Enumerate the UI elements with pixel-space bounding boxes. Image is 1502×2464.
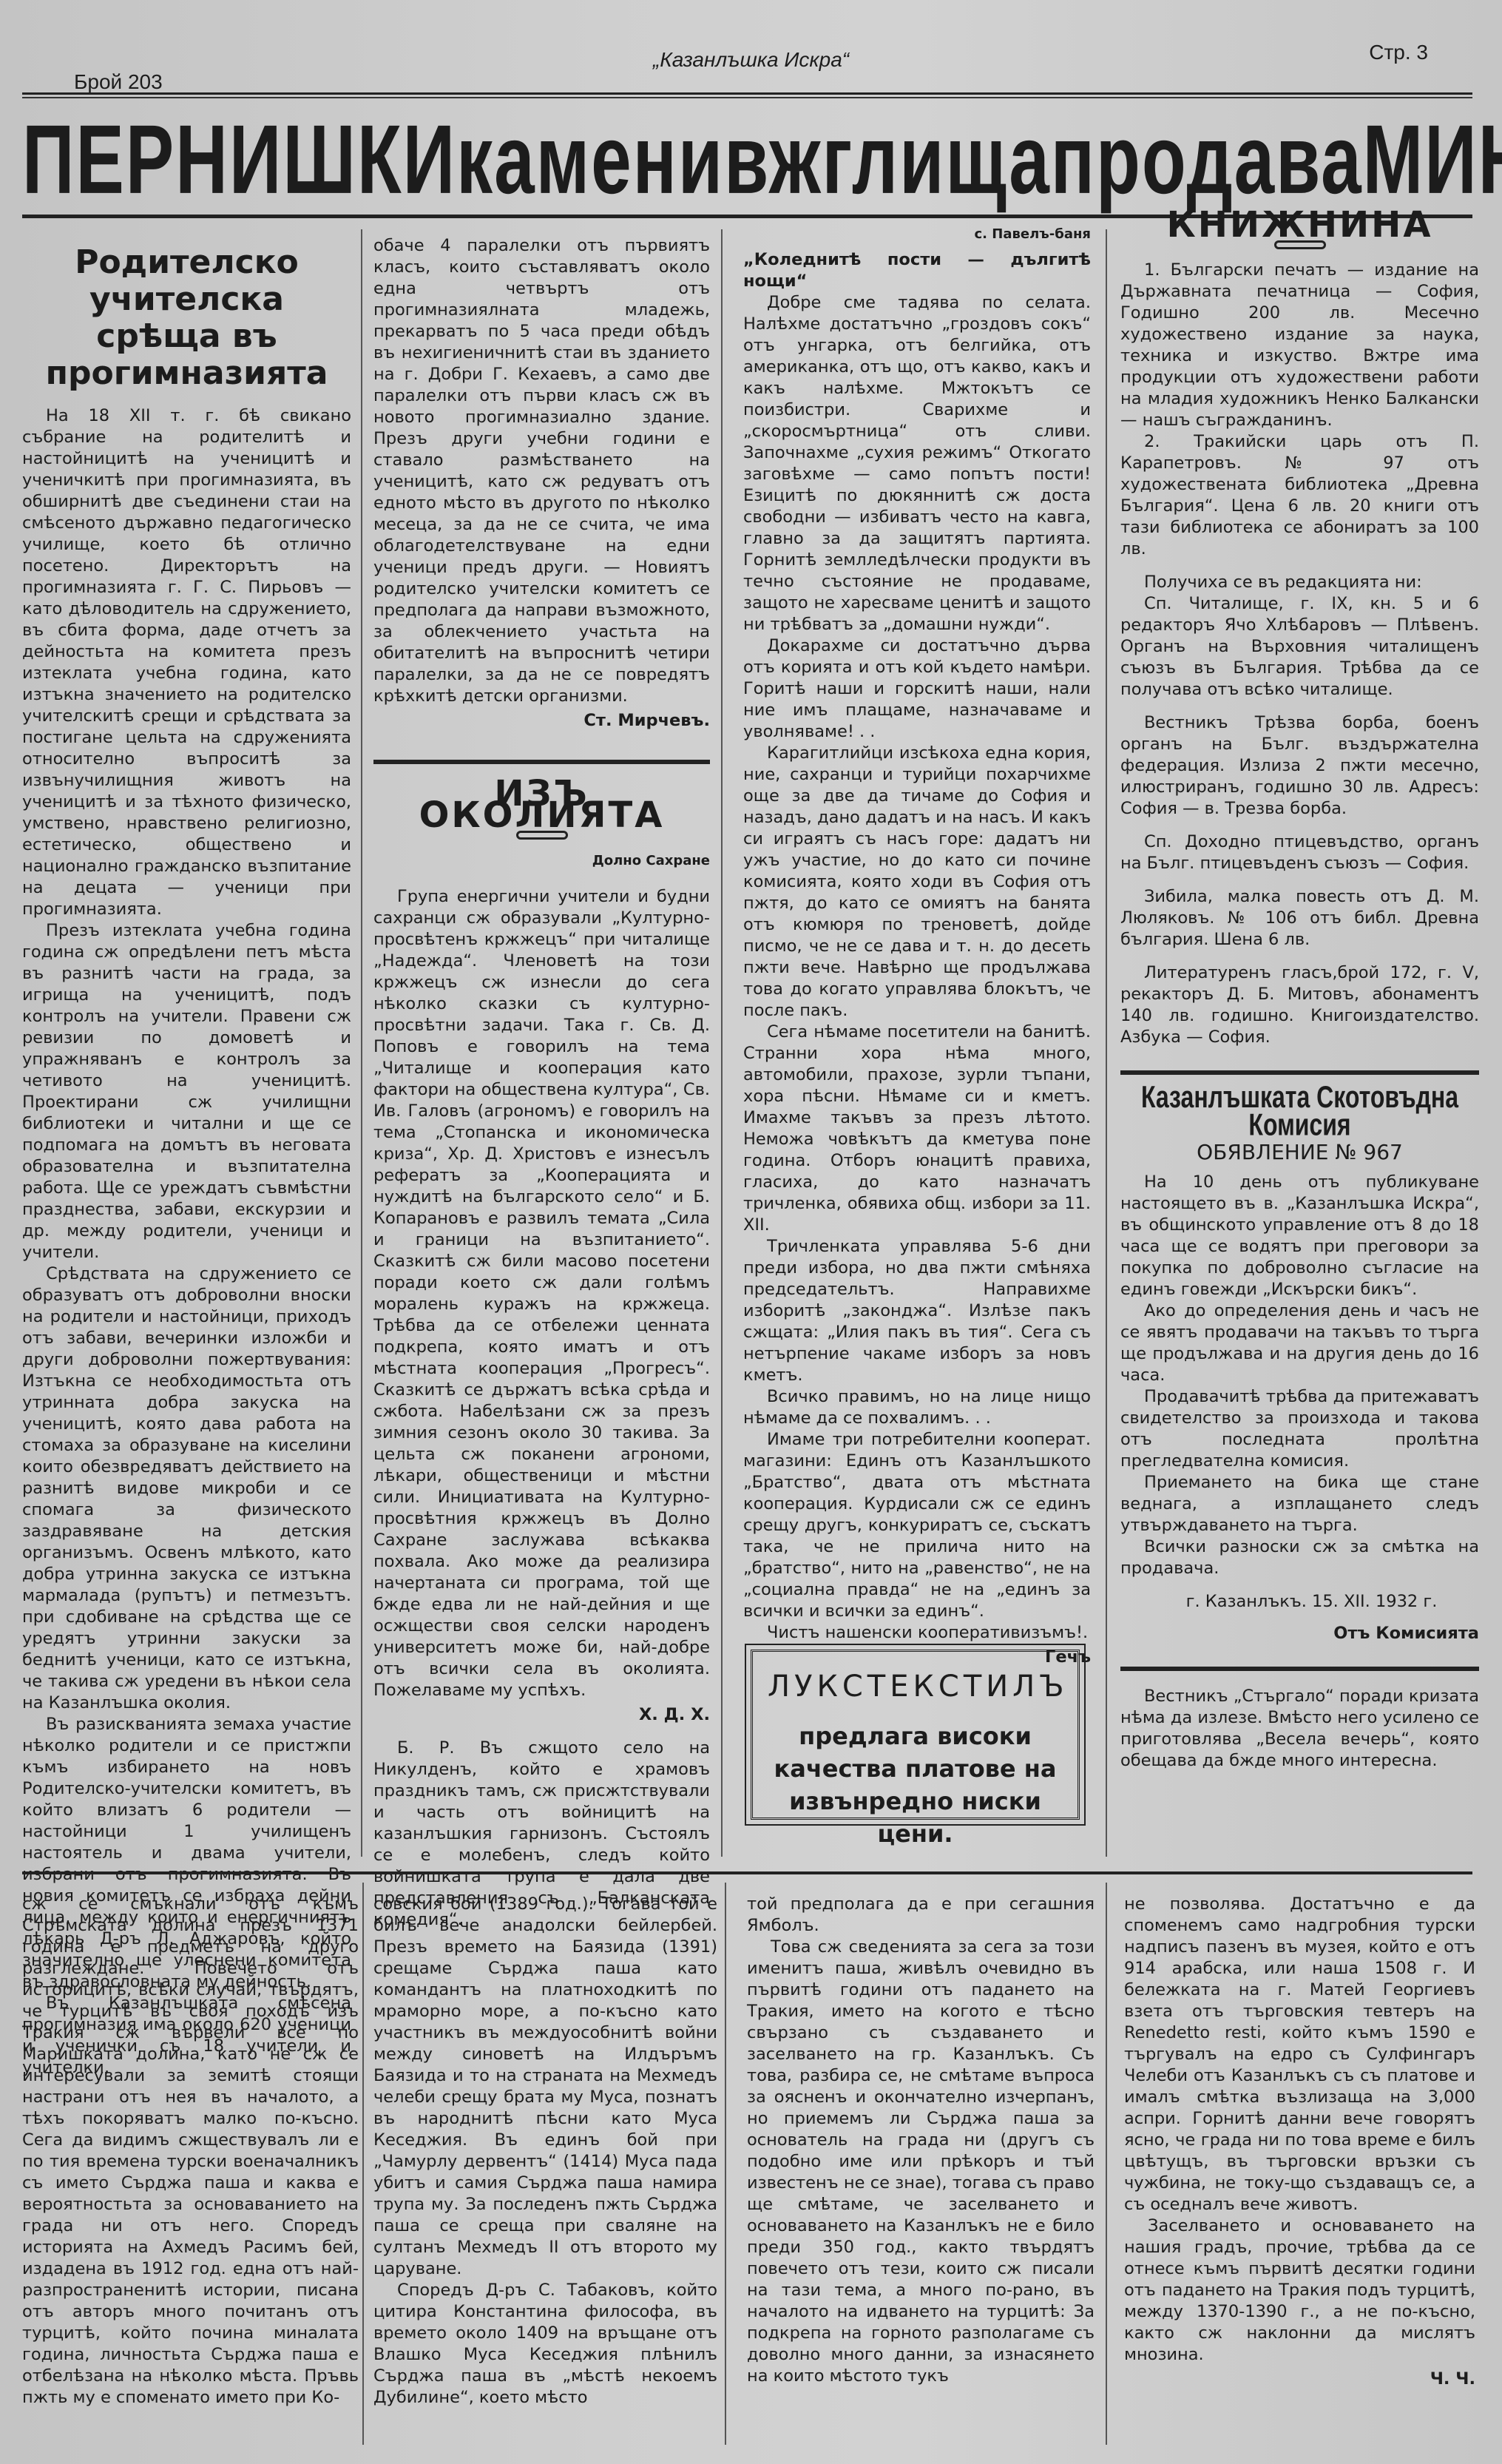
newspaper-page: Брой 203 „Казанлъшка Искра“ Стр. 3 ПЕРНИ… bbox=[0, 0, 1502, 2464]
book-item: 1. Български печатъ — издание на Държавн… bbox=[1120, 260, 1479, 431]
received-item: Сп. Доходно птицевъдство, органъ на Бълг… bbox=[1120, 831, 1479, 874]
article-paragraph: совския бой (1389 год.). Тогава той е би… bbox=[373, 1894, 717, 2280]
issue-number: Брой 203 bbox=[74, 70, 163, 94]
column-divider bbox=[1106, 229, 1107, 1857]
notice-paragraph: Приемането на бика ще стане веднага, а и… bbox=[1120, 1472, 1479, 1536]
banner-word: вжглища bbox=[724, 103, 1051, 216]
article-paragraph: Сега нѣмаме посетители на банитѣ. Странн… bbox=[743, 1022, 1091, 1236]
received-item: Зибила, малка повесть отъ Д. М. Люляковъ… bbox=[1120, 886, 1479, 951]
banner-word: МИНЧО bbox=[1363, 103, 1502, 216]
column-divider bbox=[362, 1883, 364, 2445]
masthead: Брой 203 „Казанлъшка Искра“ Стр. 3 bbox=[30, 41, 1472, 85]
notice-title: Казанлъшката Скотовъдна Комисия bbox=[1120, 1083, 1479, 1138]
banner-word: камени bbox=[456, 103, 724, 216]
column-3: с. Павелъ-баня „Коледнитѣ пости — дългит… bbox=[743, 223, 1091, 1668]
article-paragraph: Тричленката управлява 5-6 дни преди избо… bbox=[743, 1236, 1091, 1386]
column-divider bbox=[361, 229, 362, 1857]
article-paragraph: не позволява. Достатъчно е да споменемъ … bbox=[1124, 1894, 1475, 2215]
column-1: Родителско учителска срѣща въ прогимнази… bbox=[22, 237, 351, 2079]
article-paragraph: Всичко правимъ, но на лице нищо нѣмаме д… bbox=[743, 1386, 1091, 1429]
article-paragraph: Това сж сведенията за сега за този имени… bbox=[747, 1937, 1095, 2387]
received-item: Сп. Читалище, г. IX, кн. 5 и 6 редакторъ… bbox=[1120, 593, 1479, 701]
received-intro: Получиха се въ редакцията ни: bbox=[1120, 572, 1479, 593]
section-rule bbox=[1120, 1667, 1479, 1671]
dateline: Долно Сахране bbox=[373, 850, 710, 871]
article-signature: Х. Д. Х. bbox=[373, 1704, 710, 1726]
notice-paragraph: На 10 день отъ публикуване настоящето въ… bbox=[1120, 1172, 1479, 1300]
article-paragraph: На 18 XII т. г. бѣ свикано събрание на р… bbox=[22, 405, 351, 920]
article-paragraph: Презъ изтеклата учебна година година сж … bbox=[22, 920, 351, 1263]
section-title: КНИЖНИНА bbox=[1120, 215, 1479, 236]
section-title: ИЗЪ ОКОЛИЯТА bbox=[373, 783, 710, 826]
article-paragraph: Споредъ Д-ръ С. Табаковъ, който цитира К… bbox=[373, 2280, 717, 2409]
received-item: Литературенъ гласъ,брой 172, г. V, рекак… bbox=[1120, 962, 1479, 1048]
column-divider bbox=[725, 1883, 726, 2445]
notice-paragraph: Продавачитѣ трѣбва да притежаватъ свидет… bbox=[1120, 1386, 1479, 1472]
section-rule bbox=[1120, 1070, 1479, 1075]
article-paragraph: Докарахме си достатъчно дърва отъ корият… bbox=[743, 635, 1091, 743]
ad-body: предлага високи качества платове на извъ… bbox=[768, 1720, 1063, 1850]
notice-date: г. Казанлъкъ. 15. XII. 1932 г. bbox=[1120, 1591, 1479, 1613]
banner-word: продава bbox=[1051, 103, 1363, 216]
article-signature: Ст. Мирчевъ. bbox=[373, 710, 710, 732]
article-headline: Родителско учителска срѣща въ прогимнази… bbox=[22, 244, 351, 392]
notice-paragraph: Всички разноски сж за смѣтка на продавач… bbox=[1120, 1536, 1479, 1579]
book-item: 2. Тракийски царь отъ П. Карапетровъ. № … bbox=[1120, 431, 1479, 560]
article-paragraph: Карагитлийци изсѣкоха една кория, ние, с… bbox=[743, 743, 1091, 1022]
bottom-column-1: сж се смъкнали отъ къмъ Стрѣмската долин… bbox=[22, 1894, 359, 2409]
article-signature: Ч. Ч. bbox=[1124, 2369, 1475, 2390]
article-title: „Коледнитѣ пости — дългитѣ нощи“ bbox=[743, 249, 1091, 292]
article-paragraph: Имаме три потребителни кооперат. магазин… bbox=[743, 1429, 1091, 1622]
column-2: обаче 4 паралелки отъ първиятъ класъ, ко… bbox=[373, 235, 710, 1931]
paper-name: „Казанлъшка Искра“ bbox=[30, 48, 1472, 72]
notice-paragraph: Ако до определения день и часъ не се явя… bbox=[1120, 1300, 1479, 1386]
received-item: Вестникъ Трѣзва борба, боенъ органъ на Б… bbox=[1120, 712, 1479, 820]
bottom-section-rule bbox=[22, 1871, 1472, 1874]
dateline: с. Павелъ-баня bbox=[743, 223, 1091, 245]
bottom-column-3: той предполага да е при сегашния Ямболъ.… bbox=[747, 1894, 1095, 2387]
article-paragraph: Група енергични учители и будни сахранци… bbox=[373, 886, 710, 1701]
article-paragraph: сж се смъкнали отъ къмъ Стрѣмската долин… bbox=[22, 1894, 359, 2409]
column-divider bbox=[721, 229, 723, 1857]
column-4: КНИЖНИНА 1. Български печатъ — издание н… bbox=[1120, 215, 1479, 1772]
ad-title: ЛУКСТЕКСТИЛЪ bbox=[768, 1670, 1063, 1704]
article-paragraph: Срѣдствата на сдружението се образуватъ … bbox=[22, 1263, 351, 1714]
page-number: Стр. 3 bbox=[1369, 41, 1428, 64]
article-paragraph: той предполага да е при сегашния Ямболъ. bbox=[747, 1894, 1095, 1937]
article-paragraph: Добре сме тадява по селата. Налѣхме дост… bbox=[743, 292, 1091, 635]
banner-word: ПЕРНИШКИ bbox=[22, 103, 456, 216]
lukstekstil-ad: ЛУКСТЕКСТИЛЪ предлага високи качества пл… bbox=[751, 1650, 1080, 1820]
bottom-column-4: не позволява. Достатъчно е да споменемъ … bbox=[1124, 1894, 1475, 2390]
bottom-column-2: совския бой (1389 год.). Тогава той е би… bbox=[373, 1894, 717, 2409]
stargalo-notice: Вестникъ „Стъргало“ поради кризата нѣма … bbox=[1120, 1686, 1479, 1772]
article-paragraph: Чистъ нашенски кооперативизъмъ!. bbox=[743, 1622, 1091, 1644]
notice-subtitle: ОБЯВЛЕНИЕ № 967 bbox=[1120, 1141, 1479, 1163]
column-divider bbox=[1106, 1883, 1107, 2445]
article-paragraph: обаче 4 паралелки отъ първиятъ класъ, ко… bbox=[373, 235, 710, 707]
section-rule bbox=[373, 760, 710, 764]
notice-signature: Отъ Комисията bbox=[1120, 1623, 1479, 1644]
article-paragraph: Заселването и основаването на нашия град… bbox=[1124, 2215, 1475, 2366]
